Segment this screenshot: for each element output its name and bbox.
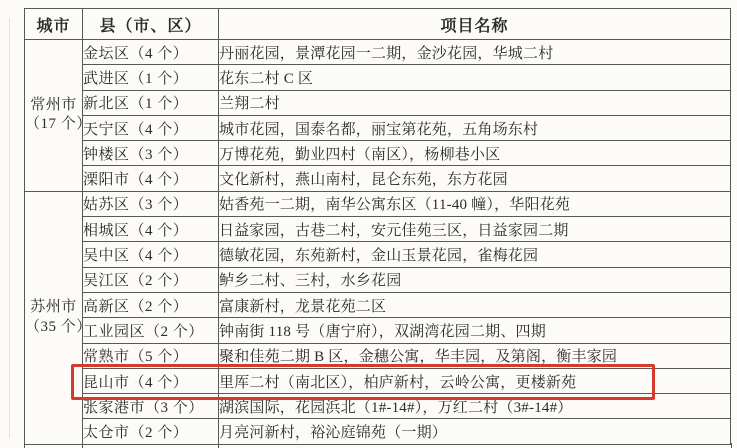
county-cell: 武进区（1 个）	[83, 65, 219, 90]
projects-cell: 文化新村，燕山南村，昆仑东苑，东方花园	[219, 166, 731, 191]
table-row: 吴江区（2 个） 鲈乡二村、三村，水乡花园	[25, 267, 731, 292]
table-row: 吴中区（4 个） 德敏花园，东苑新村，金山玉景花园，雀梅花园	[25, 242, 731, 267]
county-cell: 张家港市（3 个）	[83, 394, 219, 419]
header-project: 项目名称	[219, 9, 731, 40]
projects-cell: 万博花苑，勤业四村（南区），杨柳巷小区	[219, 141, 731, 166]
header-row: 城市 县（市、区） 项目名称	[25, 9, 731, 40]
county-cell-kunshan: 昆山市（4 个）	[83, 368, 219, 393]
county-cell: 钟楼区（3 个）	[83, 141, 219, 166]
projects-cell: 月亮河新村，裕沁庭锦苑（一期）	[219, 419, 731, 444]
county-cell: 溧阳市（4 个）	[83, 166, 219, 191]
table-row: 天宁区（4 个） 城市花园，国泰名都，丽宝第花苑，五角场东村	[25, 115, 731, 140]
city-count: （35 个）	[25, 318, 82, 338]
projects-cell: 花东二村 C 区	[219, 65, 731, 90]
housing-projects-table: 城市 县（市、区） 项目名称 常州市 （17 个） 金坛区（4 个） 丹丽花园，…	[24, 8, 731, 445]
county-cell: 工业园区（2 个）	[83, 318, 219, 343]
table-row: 新北区（1 个） 兰翔二村	[25, 90, 731, 115]
projects-cell: 聚和佳苑二期 B 区，金穗公寓，华丰园，及第阁，衡丰家园	[219, 343, 731, 368]
county-cell: 新北区（1 个）	[83, 90, 219, 115]
table-row: 工业园区（2 个） 钟南街 118 号（唐宁府），双湖湾花园二期、四期	[25, 318, 731, 343]
header-city: 城市	[25, 9, 83, 40]
county-cell: 吴中区（4 个）	[83, 242, 219, 267]
projects-cell: 兰翔二村	[219, 90, 731, 115]
projects-cell: 德敏花园，东苑新村，金山玉景花园，雀梅花园	[219, 242, 731, 267]
projects-cell-kunshan: 里厍二村（南北区），柏庐新村，云岭公寓，更楼新苑	[219, 368, 731, 393]
table-row: 苏州市 （35 个） 姑苏区（3 个） 姑香苑一二期，南华公寓东区（11-40 …	[25, 191, 731, 216]
projects-cell: 富康新村，龙景花苑二区	[219, 292, 731, 317]
table-row: 相城区（4 个） 日益家园，古巷二村，安元佳苑三区，日益家园二期	[25, 217, 731, 242]
table-row: 钟楼区（3 个） 万博花苑，勤业四村（南区），杨柳巷小区	[25, 141, 731, 166]
table-row: 常州市 （17 个） 金坛区（4 个） 丹丽花园，景潭花园一二期，金沙花园，华城…	[25, 40, 731, 65]
county-cell: 吴江区（2 个）	[83, 267, 219, 292]
city-name: 苏州市	[25, 298, 82, 318]
county-cell: 姑苏区（3 个）	[83, 191, 219, 216]
table-row: 武进区（1 个） 花东二村 C 区	[25, 65, 731, 90]
projects-cell: 鲈乡二村、三村，水乡花园	[219, 267, 731, 292]
county-cell: 常熟市（5 个）	[83, 343, 219, 368]
table-row: 高新区（2 个） 富康新村，龙景花苑二区	[25, 292, 731, 317]
county-cell: 高新区（2 个）	[83, 292, 219, 317]
projects-cell: 城市花园，国泰名都，丽宝第花苑，五角场东村	[219, 115, 731, 140]
scan-edge-artifact	[9, 18, 10, 438]
projects-cell: 日益家园，古巷二村，安元佳苑三区，日益家园二期	[219, 217, 731, 242]
projects-cell: 姑香苑一二期，南华公寓东区（11-40 幢），华阳花苑	[219, 191, 731, 216]
city-cell-changzhou: 常州市 （17 个）	[25, 40, 83, 192]
county-cell: 相城区（4 个）	[83, 217, 219, 242]
header-county: 县（市、区）	[83, 9, 219, 40]
projects-cell: 丹丽花园，景潭花园一二期，金沙花园，华城二村	[219, 40, 731, 65]
city-cell-suzhou: 苏州市 （35 个）	[25, 191, 83, 444]
table-continuation-stub	[24, 443, 732, 448]
county-cell: 太仓市（2 个）	[83, 419, 219, 444]
city-count: （17 个）	[25, 115, 82, 135]
city-name: 常州市	[25, 96, 82, 116]
projects-cell: 湖滨国际，花园浜北（1#-14#），万红二村（3#-14#）	[219, 394, 731, 419]
county-cell: 天宁区（4 个）	[83, 115, 219, 140]
county-cell: 金坛区（4 个）	[83, 40, 219, 65]
scanned-document-page: 城市 县（市、区） 项目名称 常州市 （17 个） 金坛区（4 个） 丹丽花园，…	[0, 0, 737, 448]
table-row: 张家港市（3 个） 湖滨国际，花园浜北（1#-14#），万红二村（3#-14#）	[25, 394, 731, 419]
table-row: 太仓市（2 个） 月亮河新村，裕沁庭锦苑（一期）	[25, 419, 731, 444]
table-row: 常熟市（5 个） 聚和佳苑二期 B 区，金穗公寓，华丰园，及第阁，衡丰家园	[25, 343, 731, 368]
table-row-highlighted: 昆山市（4 个） 里厍二村（南北区），柏庐新村，云岭公寓，更楼新苑	[25, 368, 731, 393]
projects-cell: 钟南街 118 号（唐宁府），双湖湾花园二期、四期	[219, 318, 731, 343]
table-row: 溧阳市（4 个） 文化新村，燕山南村，昆仑东苑，东方花园	[25, 166, 731, 191]
